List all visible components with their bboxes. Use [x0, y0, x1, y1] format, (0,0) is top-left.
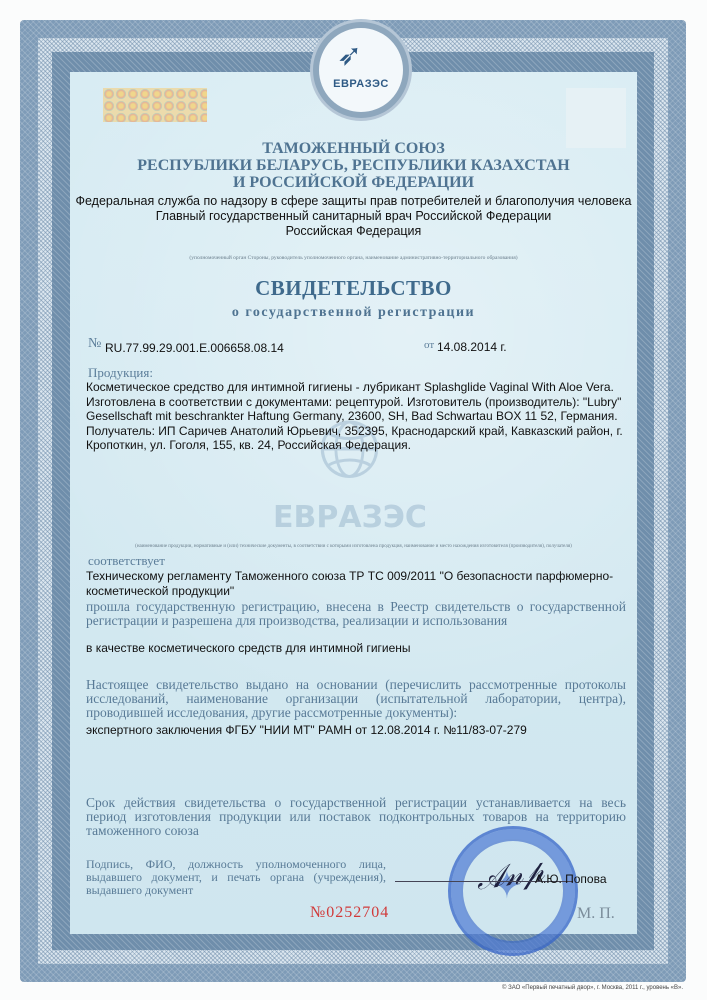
form-serial-number: №0252704 [310, 904, 389, 922]
document-title: СВИДЕТЕЛЬСТВО [70, 276, 637, 301]
usage-purpose: в качестве косметического средств для ин… [86, 641, 626, 656]
union-members: РЕСПУБЛИКИ БЕЛАРУСЬ, РЕСПУБЛИКИ КАЗАХСТА… [70, 157, 637, 175]
document-subtitle: о государственной регистрации [70, 305, 637, 321]
union-members-2: И РОССИЙСКОЙ ФЕДЕРАЦИИ [70, 174, 637, 192]
eurasec-emblem: ➶ ЕВРАЗЭС [313, 22, 409, 118]
authority-caption: (уполномоченный орган Стороны, руководит… [70, 255, 637, 261]
product-description: Косметическое средство для интимной гиги… [86, 380, 626, 453]
registration-date: 14.08.2014 г. [437, 340, 507, 354]
hologram-strip [103, 88, 207, 122]
product-label: Продукция: [88, 365, 153, 381]
official-title: Главный государственный санитарный врач … [70, 209, 637, 223]
agency-name: Федеральная служба по надзору в сфере за… [70, 194, 637, 208]
watermark-text: ЕВРАЗЭС [230, 500, 470, 535]
printer-imprint: © ЗАО «Первый печатный двор», г. Москва,… [502, 985, 683, 991]
basis-document: экспертного заключения ФГБУ "НИИ МТ" РАМ… [86, 723, 626, 738]
product-line: Кропоткин, ул. Гоголя, 155, кв. 24, Росс… [86, 438, 626, 453]
union-title: ТАМОЖЕННЫЙ СОЮЗ [70, 140, 637, 158]
conformity-label: соответствует [88, 553, 165, 569]
seal-place-mark: М. П. [577, 905, 615, 923]
registration-number: RU.77.99.29.001.E.006658.08.14 [105, 341, 284, 355]
signature-caption: Подпись, ФИО, должность уполномоченного … [86, 858, 386, 897]
number-label: № [88, 336, 101, 352]
conformity-regulation: Техническому регламенту Таможенного союз… [86, 569, 626, 598]
product-line: Получатель: ИП Саричев Анатолий Юрьевич,… [86, 424, 626, 439]
signatory-name: А.Ю. Попова [535, 872, 607, 886]
security-window [566, 88, 626, 148]
product-caption: (наименование продукции, нормативные и (… [70, 544, 637, 549]
registration-statement: прошла государственную регистрацию, внес… [86, 600, 626, 628]
conformity-line: косметической продукции" [86, 584, 626, 599]
product-line: Изготовлена в соответствии с документами… [86, 395, 626, 410]
basis-statement: Настоящее свидетельство выдано на основа… [86, 678, 626, 720]
validity-statement: Срок действия свидетельства о государств… [86, 796, 626, 838]
product-line: Gesellschaft mit beschrankter Haftung Ge… [86, 409, 626, 424]
eurasec-logo-icon: ➶ [337, 38, 362, 73]
emblem-text: ЕВРАЗЭС [319, 78, 403, 90]
conformity-line: Техническому регламенту Таможенного союз… [86, 569, 626, 584]
product-line: Косметическое средство для интимной гиги… [86, 380, 626, 395]
date-label: от [424, 339, 434, 351]
country-name: Российская Федерация [70, 224, 637, 238]
